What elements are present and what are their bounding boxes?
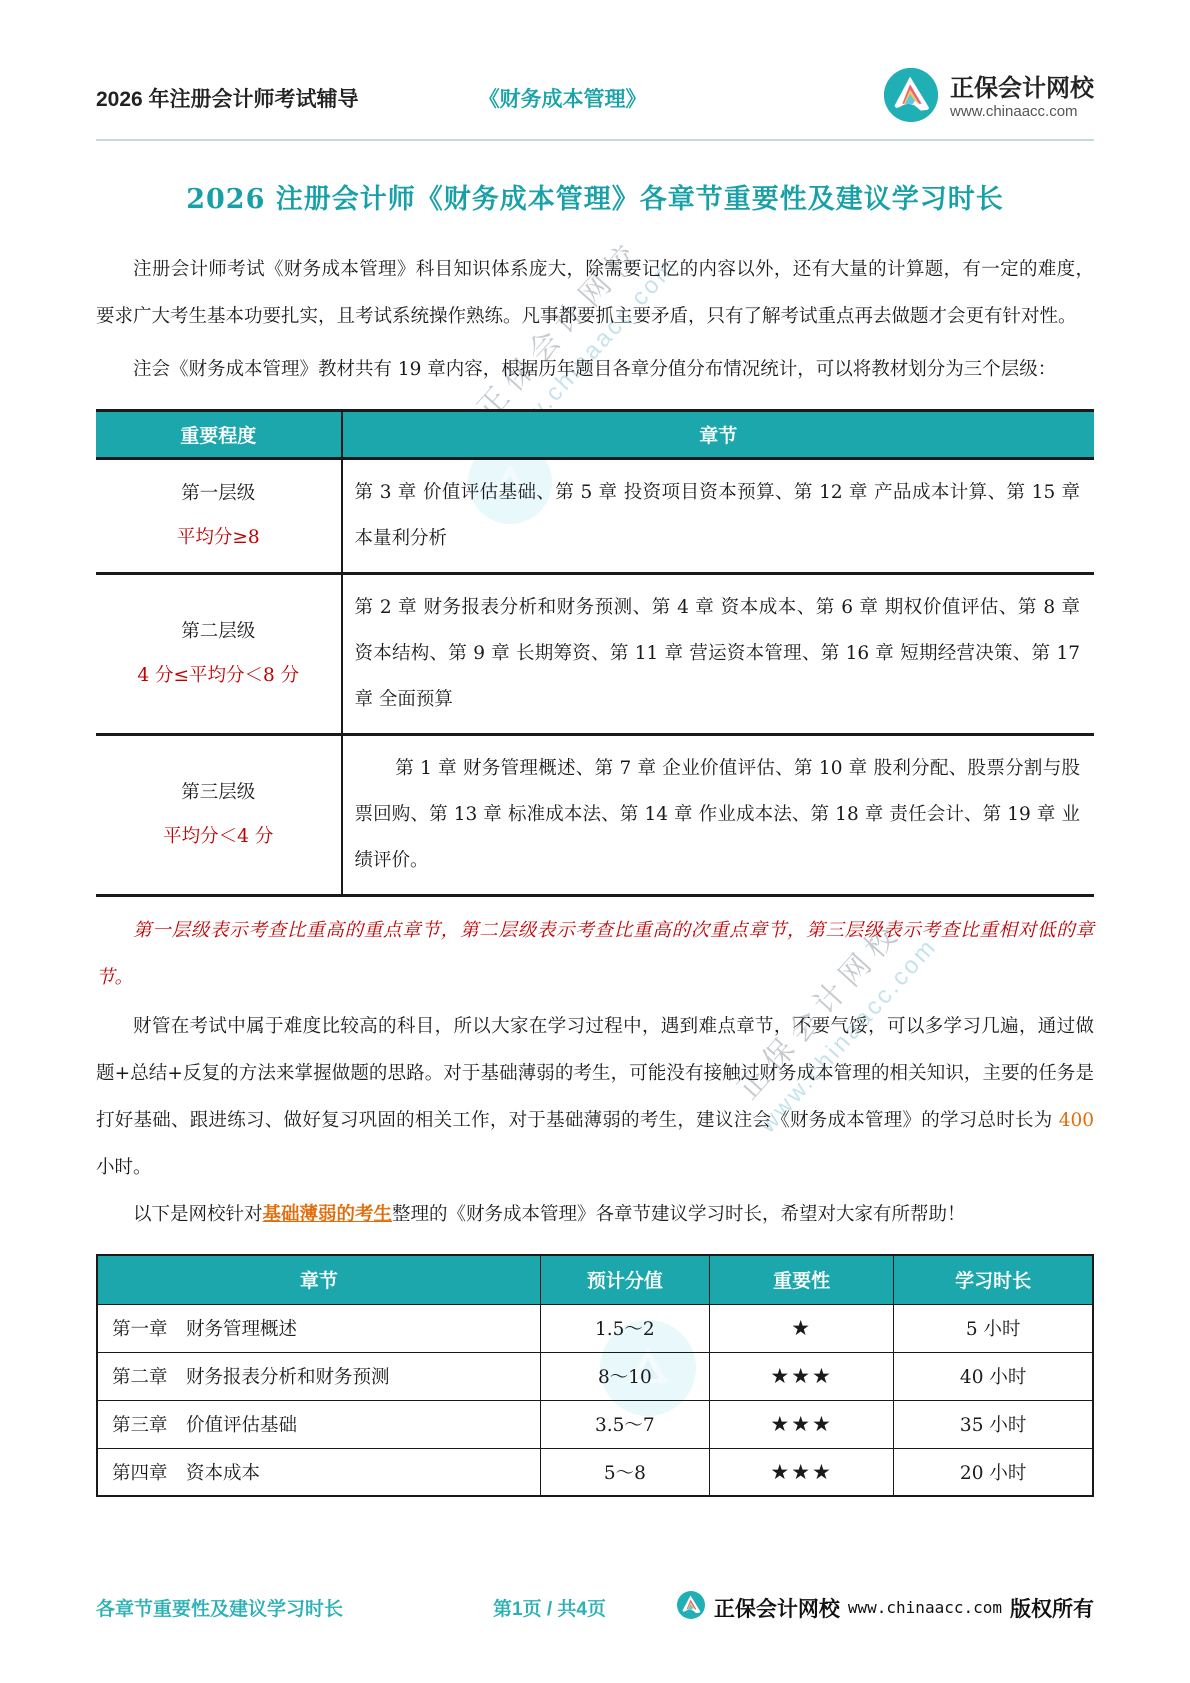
tier-level-label: 第二层级 [100,610,337,654]
importance-stars-cell: ★★★ [710,1400,894,1448]
importance-stars-cell: ★ [710,1304,894,1352]
footer-doc-title: 各章节重要性及建议学习时长 [96,1594,343,1621]
tier-table: 重要程度 章节 第一层级 平均分≥8 第 3 章 价值评估基础、第 5 章 投资… [96,409,1094,897]
schedule-table-header-row: 章节 预计分值 重要性 学习时长 [97,1255,1093,1304]
hours-cell: 35 小时 [894,1400,1093,1448]
schedule-intro-paragraph: 以下是网校针对基础薄弱的考生整理的《财务成本管理》各章节建议学习时长，希望对大家… [96,1191,1094,1238]
tier2-chapters-cell: 第 2 章 财务报表分析和财务预测、第 4 章 资本成本、第 6 章 期权价值评… [342,574,1095,735]
table-row: 第二章 财务报表分析和财务预测 8～10 ★★★ 40 小时 [97,1352,1093,1400]
tier-score-label: 平均分＜4 分 [100,815,337,859]
chapter-name-cell: 第三章 价值评估基础 [97,1400,540,1448]
table-row: 第三层级 平均分＜4 分 第 1 章 财务管理概述、第 7 章 企业价值评估、第… [96,735,1094,896]
document-page: 正保会计网校 www.chinaacc.com 正保会计网校 www.china… [0,0,1190,1683]
tier3-level-cell: 第三层级 平均分＜4 分 [96,735,342,896]
score-cell: 8～10 [540,1352,709,1400]
header-subject-title: 《财务成本管理》 [479,83,647,113]
table-row: 第三章 价值评估基础 3.5～7 ★★★ 35 小时 [97,1400,1093,1448]
table-row: 第四章 资本成本 5～8 ★★★ 20 小时 [97,1448,1093,1496]
hours-cell: 20 小时 [894,1448,1093,1496]
page-footer: 各章节重要性及建议学习时长 第1页 / 共4页 正保会计网校 www.china… [96,1590,1094,1625]
importance-stars-cell: ★★★ [710,1352,894,1400]
study-advice-paragraph: 财管在考试中属于难度比较高的科目，所以大家在学习过程中，遇到难点章节，不要气馁，… [96,1003,1094,1191]
schedule-header-importance: 重要性 [710,1255,894,1304]
importance-stars-cell: ★★★ [710,1448,894,1496]
footer-page-number: 第1页 / 共4页 [493,1594,606,1621]
schedule-header-chapter: 章节 [97,1255,540,1304]
footer-brand-name: 正保会计网校 [714,1593,840,1623]
table-row: 第二层级 4 分≤平均分＜8 分 第 2 章 财务报表分析和财务预测、第 4 章… [96,574,1094,735]
table-row: 第一章 财务管理概述 1.5～2 ★ 5 小时 [97,1304,1093,1352]
schedule-header-score: 预计分值 [540,1255,709,1304]
tier3-chapters-cell: 第 1 章 财务管理概述、第 7 章 企业价值评估、第 10 章 股利分配、股票… [342,735,1095,896]
weak-foundation-highlight: 基础薄弱的考生 [263,1204,393,1225]
study-hours-value: 400 [1059,1110,1094,1131]
header-brand-block: 正保会计网校 www.chinaacc.com [882,66,1094,129]
brand-name: 正保会计网校 [950,75,1094,103]
schedule-table: 章节 预计分值 重要性 学习时长 第一章 财务管理概述 1.5～2 ★ 5 小时… [96,1254,1094,1497]
table-row: 第一层级 平均分≥8 第 3 章 价值评估基础、第 5 章 投资项目资本预算、第… [96,459,1094,574]
tier1-level-cell: 第一层级 平均分≥8 [96,459,342,574]
tier-note-paragraph: 第一层级表示考查比重高的重点章节，第二层级表示考查比重高的次重点章节，第三层级表… [96,907,1094,1001]
intro-paragraph-1: 注册会计师考试《财务成本管理》科目知识体系庞大，除需要记忆的内容以外，还有大量的… [96,246,1094,340]
schedule-intro-text-tail: 整理的《财务成本管理》各章节建议学习时长，希望对大家有所帮助！ [392,1204,966,1225]
hours-cell: 40 小时 [894,1352,1093,1400]
tier-level-label: 第一层级 [100,472,337,516]
tier2-level-cell: 第二层级 4 分≤平均分＜8 分 [96,574,342,735]
footer-brand-block: 正保会计网校 www.chinaacc.com 版权所有 [676,1590,1094,1625]
chapter-name-cell: 第四章 资本成本 [97,1448,540,1496]
brand-logo-icon [882,66,940,129]
chapter-name-cell: 第二章 财务报表分析和财务预测 [97,1352,540,1400]
page-title: 2026 注册会计师《财务成本管理》各章节重要性及建议学习时长 [96,177,1094,216]
tier1-chapters-cell: 第 3 章 价值评估基础、第 5 章 投资项目资本预算、第 12 章 产品成本计… [342,459,1095,574]
hours-cell: 5 小时 [894,1304,1093,1352]
footer-copyright: 版权所有 [1010,1593,1094,1623]
brand-text-block: 正保会计网校 www.chinaacc.com [950,75,1094,120]
study-advice-text: 财管在考试中属于难度比较高的科目，所以大家在学习过程中，遇到难点章节，不要气馁，… [96,1016,1094,1131]
tier-table-header-row: 重要程度 章节 [96,411,1094,459]
footer-brand-logo-icon [676,1590,706,1625]
schedule-header-hours: 学习时长 [894,1255,1093,1304]
brand-url: www.chinaacc.com [950,103,1094,120]
tier-score-label: 4 分≤平均分＜8 分 [100,654,337,698]
score-cell: 5～8 [540,1448,709,1496]
footer-brand-url: www.chinaacc.com [848,1598,1002,1617]
schedule-intro-text: 以下是网校针对 [133,1204,263,1225]
intro-paragraph-2: 注会《财务成本管理》教材共有 19 章内容，根据历年题目各章分值分布情况统计，可… [96,346,1094,393]
page-header: 2026 年注册会计师考试辅导 《财务成本管理》 正保会计网校 www.chin [96,0,1094,141]
chapter-name-cell: 第一章 财务管理概述 [97,1304,540,1352]
tier-score-label: 平均分≥8 [100,516,337,560]
header-course-title: 2026 年注册会计师考试辅导 [96,83,359,113]
score-cell: 1.5～2 [540,1304,709,1352]
tier-header-importance: 重要程度 [96,411,342,459]
tier-header-chapters: 章节 [342,411,1095,459]
score-cell: 3.5～7 [540,1400,709,1448]
tier-level-label: 第三层级 [100,771,337,815]
study-advice-text-tail: 小时。 [96,1157,152,1178]
